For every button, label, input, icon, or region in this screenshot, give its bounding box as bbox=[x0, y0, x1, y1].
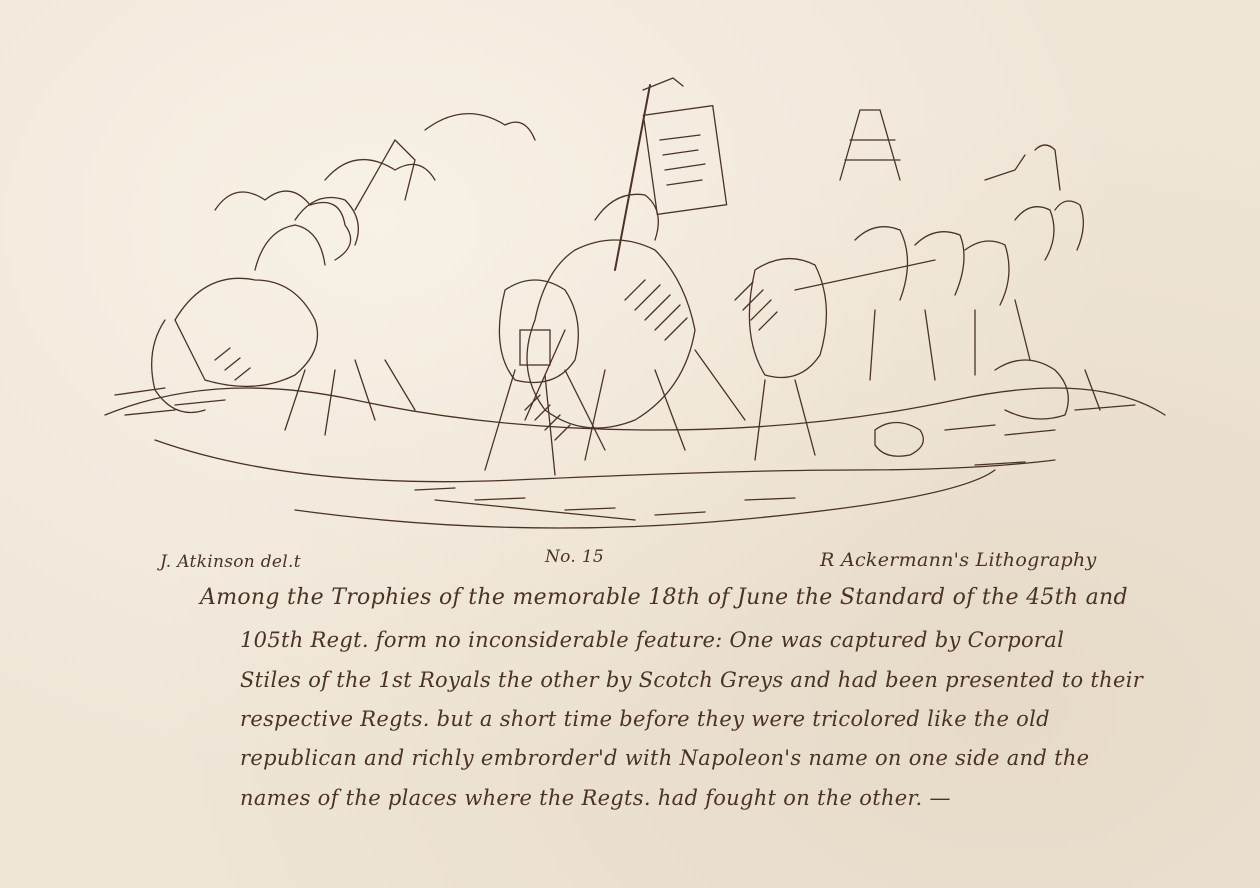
caption-line-3: Stiles of the 1st Royals the other by Sc… bbox=[240, 668, 1143, 692]
caption-line-5: republican and richly embrorder'd with N… bbox=[240, 746, 1089, 770]
caption-line-4: respective Regts. but a short time befor… bbox=[240, 707, 1050, 731]
publisher-credit: R Ackermann's Lithography bbox=[820, 549, 1097, 571]
caption-line-6: names of the places where the Regts. had… bbox=[240, 786, 951, 810]
caption-line-2: 105th Regt. form no inconsiderable featu… bbox=[240, 628, 1064, 652]
battle-scene-drawing bbox=[95, 70, 1175, 540]
artist-credit: J. Atkinson del.t bbox=[160, 552, 301, 572]
caption-line-1: Among the Trophies of the memorable 18th… bbox=[200, 585, 1128, 610]
plate-number: No. 15 bbox=[545, 547, 604, 567]
lithograph-sheet: J. Atkinson del.t No. 15 R Ackermann's L… bbox=[0, 0, 1260, 888]
battle-scene-illustration bbox=[95, 70, 1175, 540]
